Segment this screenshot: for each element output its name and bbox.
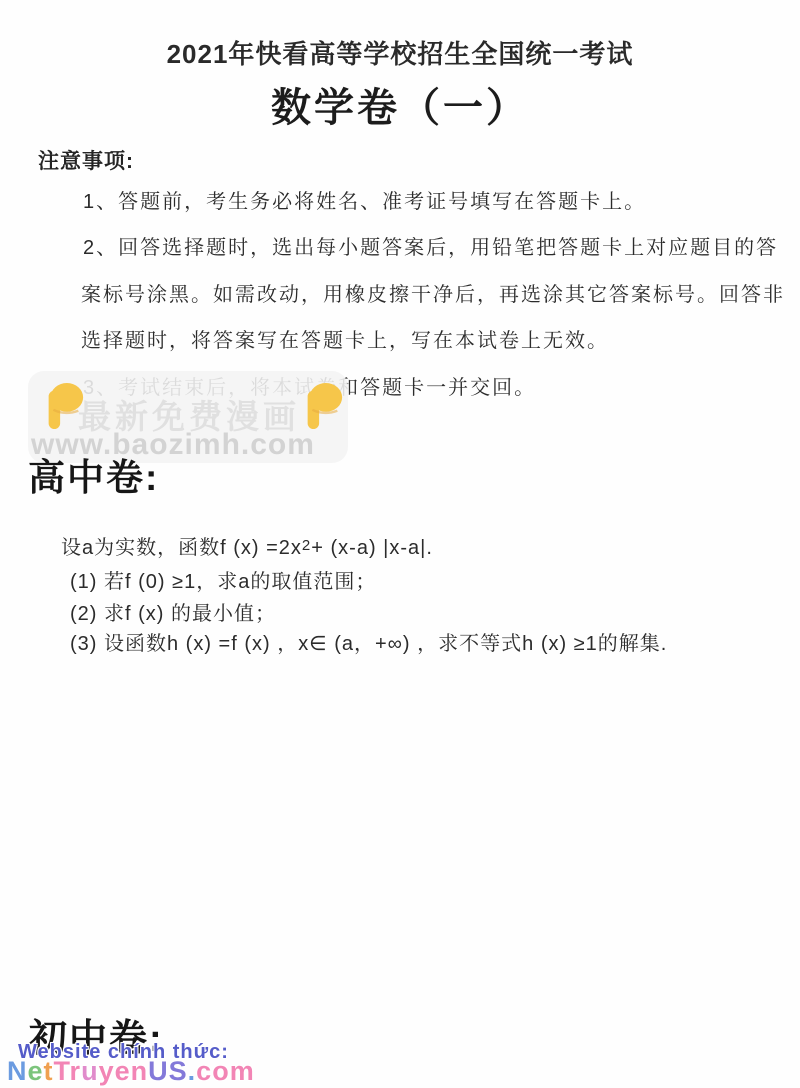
pointing-down-hand-icon-right	[299, 381, 345, 431]
problem-intro-pre: 设a为实数，函数f (x) =2x	[61, 537, 302, 559]
problem-intro-superscript: 2	[302, 537, 311, 554]
problem-part-2: (2) 求f (x) 的最小值；	[70, 597, 276, 626]
problem-part-3: (3) 设函数h (x) =f (x) ，x∈ (a，+∞) ，求不等式h (x…	[70, 627, 667, 656]
problem-part-1: (1) 若f (0) ≥1，求a的取值范围；	[70, 565, 376, 594]
problem-intro-post: + (x-a) |x-a|.	[311, 537, 433, 559]
doc-title: 2021年快看高等学校招生全国统一考试	[0, 34, 800, 71]
notice-item-2-line-3: 选择题时，将答案写在答题卡上，写在本试卷上无效。	[81, 324, 609, 353]
doc-subtitle: 数学卷（一）	[0, 76, 800, 133]
exam-document-page: 2021年快看高等学校招生全国统一考试 数学卷（一） 注意事项: 1、答题前，考…	[0, 0, 800, 1088]
notice-item-2-line-1: 2、回答选择题时，选出每小题答案后，用铅笔把答题卡上对应题目的答	[83, 231, 778, 260]
notice-item-2-line-2: 案标号涂黑。如需改动，用橡皮擦干净后，再选涂其它答案标号。回答非	[81, 278, 785, 307]
problem-intro: 设a为实数，函数f (x) =2x2+ (x-a) |x-a|.	[61, 531, 433, 560]
footer-site-name: NetTruyenUS.com	[7, 1056, 255, 1087]
pointing-down-hand-icon-left	[40, 381, 86, 431]
notice-heading: 注意事项:	[38, 145, 134, 175]
notice-item-1: 1、答题前，考生务必将姓名、准考证号填写在答题卡上。	[83, 185, 646, 214]
section-title-high-school: 高中卷:	[28, 447, 159, 501]
